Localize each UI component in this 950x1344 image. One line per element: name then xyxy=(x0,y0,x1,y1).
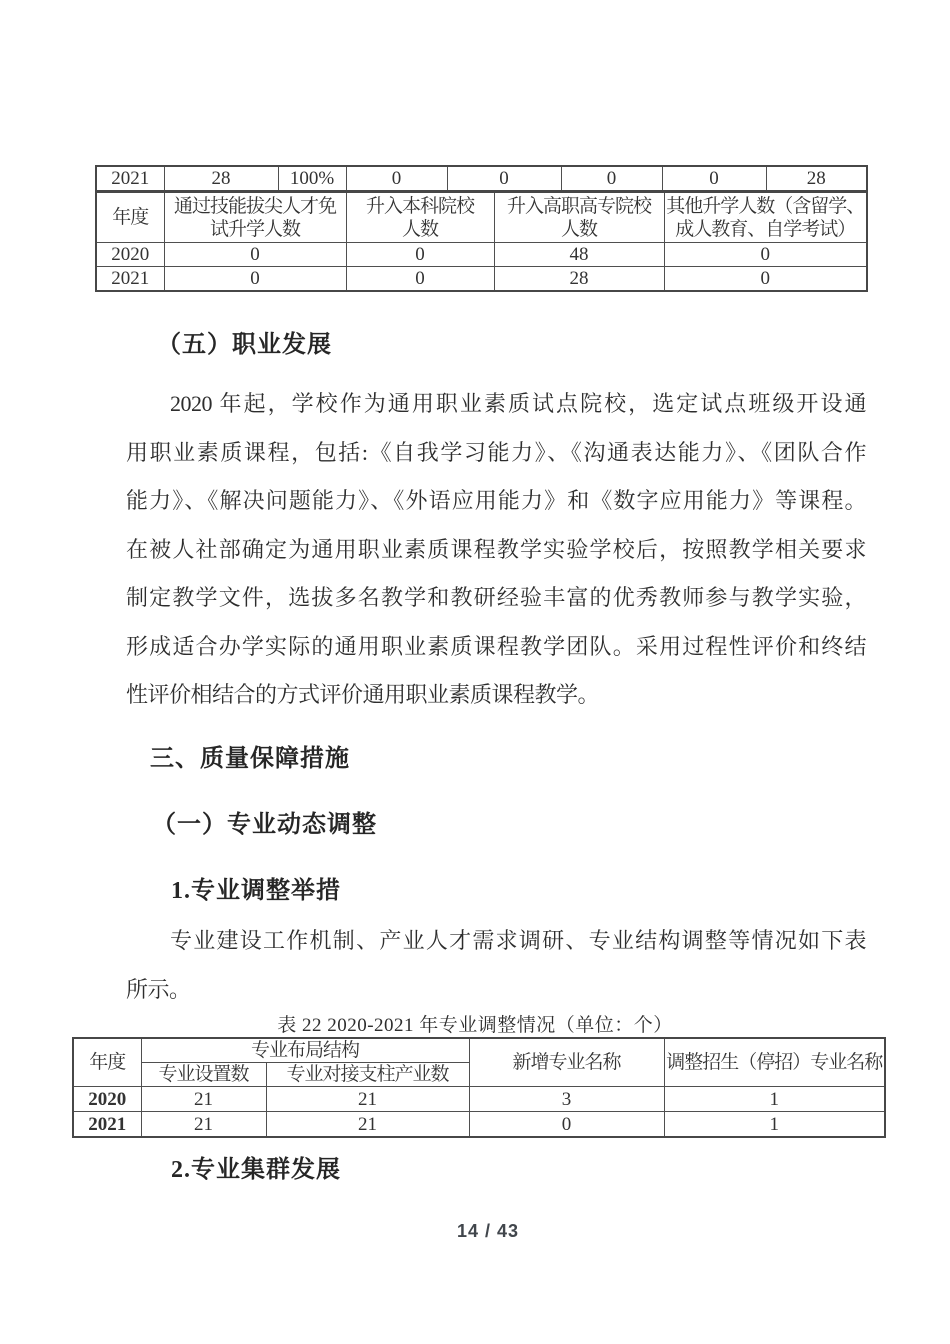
header-line: 试升学人数 xyxy=(165,218,346,241)
table-caption: 表 22 2020-2021 年专业调整情况（单位：个） xyxy=(0,1010,950,1037)
subsection-heading-major-cluster: 2.专业集群发展 xyxy=(171,1155,341,1185)
table-header-row: 年度 通过技能拔尖人才免 试升学人数 升入本科院校 人数 升入高职高专院校 人数… xyxy=(96,192,867,243)
cell-value: 21 xyxy=(266,1087,469,1112)
header-new-majors: 新增专业名称 xyxy=(469,1038,664,1087)
paragraph-line: 2020 年起，学校作为通用职业素质试点院校，选定试点班级开设通 xyxy=(126,380,866,429)
cell-value: 48 xyxy=(494,243,664,267)
header-line: 其他升学人数（含留学、 xyxy=(665,195,867,218)
cell-value: 1 xyxy=(664,1112,885,1138)
cell-value: 0 xyxy=(447,166,561,191)
header-year: 年度 xyxy=(73,1038,141,1087)
paragraph-line: 制定教学文件，选拔多名教学和教研经验丰富的优秀教师参与教学实验， xyxy=(126,574,866,623)
cell-value: 21 xyxy=(141,1112,266,1138)
cell-value: 28 xyxy=(164,166,278,191)
cell-value: 28 xyxy=(766,166,867,191)
header-other-study: 其他升学人数（含留学、 成人教育、自学考试） xyxy=(664,192,867,243)
header-skill-exempt: 通过技能拔尖人才免 试升学人数 xyxy=(164,192,346,243)
document-page: 2021 28 100% 0 0 0 0 28 年度 通过技能拔尖人才免 试升学… xyxy=(0,0,950,1344)
cell-value: 0 xyxy=(346,267,494,292)
header-pillar-industry-count: 专业对接支柱产业数 xyxy=(266,1063,469,1087)
header-adjusted-majors: 调整招生（停招）专业名称 xyxy=(664,1038,885,1087)
cell-value: 0 xyxy=(469,1112,664,1138)
further-study-table: 年度 通过技能拔尖人才免 试升学人数 升入本科院校 人数 升入高职高专院校 人数… xyxy=(95,191,868,292)
header-line: 通过技能拔尖人才免 xyxy=(165,195,346,218)
cell-value: 0 xyxy=(664,243,867,267)
paragraph-line: 所示。 xyxy=(126,966,866,1015)
cell-value: 0 xyxy=(346,166,447,191)
paragraph-line: 形成适合办学实际的通用职业素质课程教学团队。采用过程性评价和终结 xyxy=(126,623,866,672)
cell-year: 2021 xyxy=(73,1112,141,1138)
cell-year: 2020 xyxy=(96,243,164,267)
table-header-row: 年度 专业布局结构 新增专业名称 调整招生（停招）专业名称 xyxy=(73,1038,885,1063)
header-majors-count: 专业设置数 xyxy=(141,1063,266,1087)
header-layout-structure: 专业布局结构 xyxy=(141,1038,469,1063)
cell-value: 21 xyxy=(266,1112,469,1138)
header-line: 人数 xyxy=(347,218,494,241)
cell-year: 2020 xyxy=(73,1087,141,1112)
header-line: 升入本科院校 xyxy=(347,195,494,218)
section-heading-major-dynamic-adjustment: （一）专业动态调整 xyxy=(152,810,377,840)
paragraph-line: 在被人社部确定为通用职业素质课程教学实验学校后，按照教学相关要求 xyxy=(126,526,866,575)
table-row: 2021 0 0 28 0 xyxy=(96,267,867,292)
header-line: 人数 xyxy=(495,218,664,241)
table-row: 2021 21 21 0 1 xyxy=(73,1112,885,1138)
cell-value: 0 xyxy=(664,267,867,292)
subsection-heading-adjustment-measures: 1.专业调整举措 xyxy=(171,876,341,906)
paragraph-adjustment-measures: 专业建设工作机制、产业人才需求调研、专业结构调整等情况如下表 所示。 xyxy=(126,917,866,1014)
page-number-indicator: 14 / 43 xyxy=(0,1221,950,1242)
header-undergraduate: 升入本科院校 人数 xyxy=(346,192,494,243)
paragraph-career-development: 2020 年起，学校作为通用职业素质试点院校，选定试点班级开设通 用职业素质课程… xyxy=(126,380,866,720)
paragraph-line: 专业建设工作机制、产业人才需求调研、专业结构调整等情况如下表 xyxy=(126,917,866,966)
header-line: 升入高职高专院校 xyxy=(495,195,664,218)
table-row: 2020 21 21 3 1 xyxy=(73,1087,885,1112)
cell-value: 0 xyxy=(561,166,662,191)
header-vocational-college: 升入高职高专院校 人数 xyxy=(494,192,664,243)
cell-value: 0 xyxy=(164,267,346,292)
header-line: 成人教育、自学考试） xyxy=(665,218,867,241)
cell-value: 3 xyxy=(469,1087,664,1112)
paragraph-line: 能力》、《解决问题能力》、《外语应用能力》和《数字应用能力》等课程。 xyxy=(126,477,866,526)
paragraph-line: 用职业素质课程，包括:《自我学习能力》、《沟通表达能力》、《团队合作 xyxy=(126,429,866,478)
cell-year: 2021 xyxy=(96,267,164,292)
cell-value: 21 xyxy=(141,1087,266,1112)
paragraph-line: 性评价相结合的方式评价通用职业素质课程教学。 xyxy=(126,671,866,720)
cell-value: 0 xyxy=(164,243,346,267)
cell-value: 100% xyxy=(278,166,346,191)
cell-value: 28 xyxy=(494,267,664,292)
cell-value: 1 xyxy=(664,1087,885,1112)
cell-value: 0 xyxy=(662,166,766,191)
header-year: 年度 xyxy=(96,192,164,243)
cell-value: 0 xyxy=(346,243,494,267)
table-row: 2020 0 0 48 0 xyxy=(96,243,867,267)
cell-year: 2021 xyxy=(96,166,164,191)
section-heading-quality-assurance: 三、质量保障措施 xyxy=(150,744,350,774)
header-line: 年度 xyxy=(97,206,164,229)
table-row: 2021 28 100% 0 0 0 0 28 xyxy=(96,166,867,191)
major-adjustment-table: 年度 专业布局结构 新增专业名称 调整招生（停招）专业名称 专业设置数 专业对接… xyxy=(72,1037,886,1138)
further-study-table-continuation: 2021 28 100% 0 0 0 0 28 xyxy=(95,165,868,192)
section-heading-career-development: （五）职业发展 xyxy=(157,330,332,360)
